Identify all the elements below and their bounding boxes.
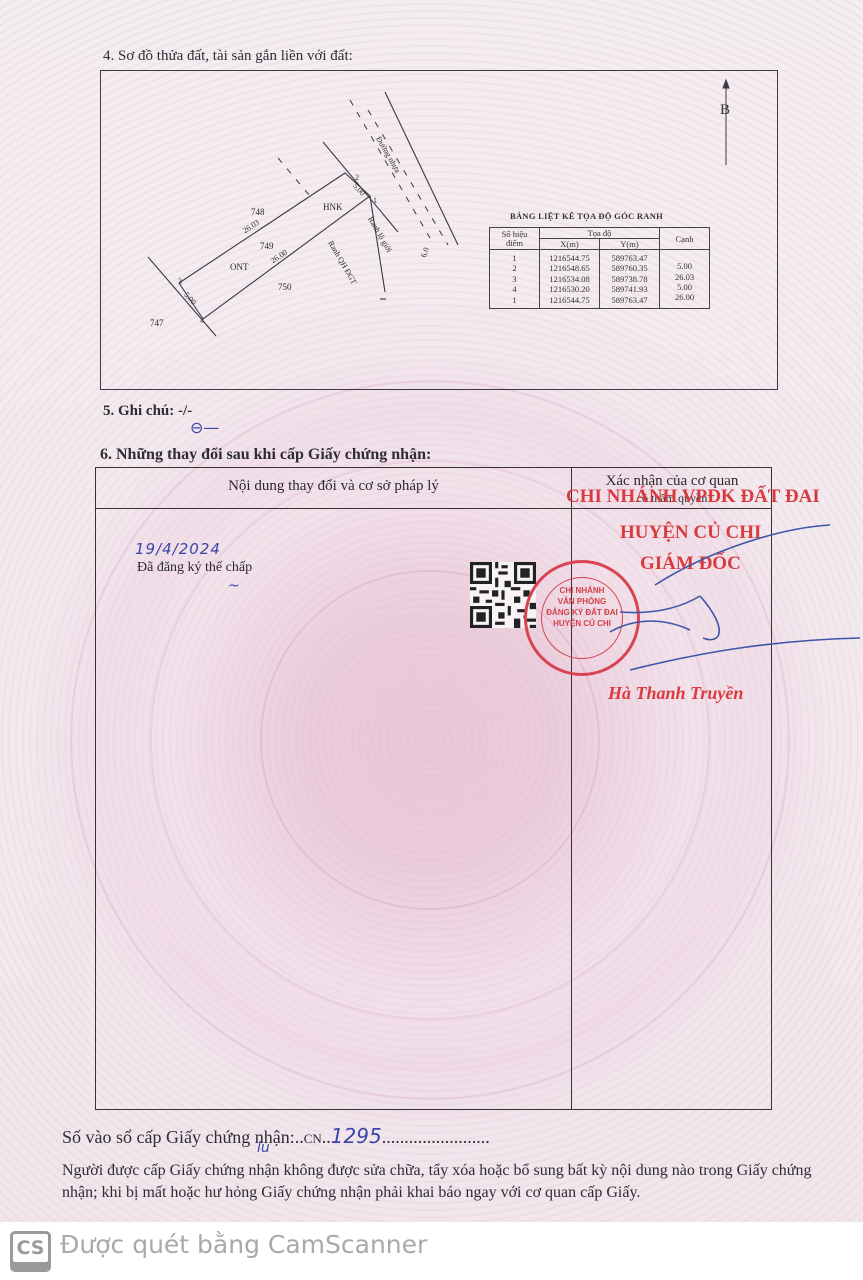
section6-title: 6. Những thay đổi sau khi cấp Giấy chứng… xyxy=(100,446,431,464)
registry-number: 1295 xyxy=(331,1124,382,1148)
edge-column: 5.00 26.03 5.00 26.00 xyxy=(660,250,710,309)
stamp-office-name: CHI NHÁNH VPĐK ĐẤT ĐAI xyxy=(566,486,806,508)
coord-table: Số hiệu điểm Tọa độ Cạnh X(m) Y(m) 1 2 3… xyxy=(489,227,710,309)
header-divider xyxy=(96,508,771,509)
land-use-hnk: HNK xyxy=(323,202,343,212)
certificate-notice: Người được cấp Giấy chứng nhận không đượ… xyxy=(62,1160,822,1204)
camscanner-logo-icon: CS xyxy=(10,1231,51,1272)
svg-text:3: 3 xyxy=(178,277,182,286)
land-use-ont: ONT xyxy=(230,262,249,272)
registry-initial: lu xyxy=(257,1140,270,1156)
svg-text:1: 1 xyxy=(373,196,377,205)
section5-note: 5. Ghi chú: -/- xyxy=(103,403,192,420)
initial-mark: ⊖— xyxy=(190,418,219,437)
point-column: 1 2 3 4 1 xyxy=(490,250,540,309)
north-arrow-label: B xyxy=(720,102,730,119)
parcel-749: 749 xyxy=(260,241,274,251)
camscanner-watermark: Được quét bằng CamScanner xyxy=(60,1230,427,1259)
entry-initial: ~ xyxy=(228,578,240,594)
header-coords: Tọa độ xyxy=(540,228,660,239)
header-edge: Cạnh xyxy=(660,228,710,250)
director-signature xyxy=(560,520,860,700)
parcel-diagram: 2 1 3 4 xyxy=(0,0,863,400)
neighbor-747: 747 xyxy=(150,318,164,328)
registry-number-line: Số vào sổ cấp Giấy chứng nhận:..CN..1295… xyxy=(62,1124,490,1148)
header-y: Y(m) xyxy=(600,239,660,250)
svg-text:4: 4 xyxy=(200,316,204,325)
header-point: Số hiệu điểm xyxy=(490,228,540,250)
neighbor-750: 750 xyxy=(278,282,292,292)
entry-date: 19/4/2024 xyxy=(135,540,221,558)
header-x: X(m) xyxy=(540,239,600,250)
neighbor-748: 748 xyxy=(251,207,265,217)
entry-mortgage-registered: Đã đăng ký thế chấp xyxy=(137,560,252,576)
changes-content-header: Nội dung thay đổi và cơ sở pháp lý xyxy=(96,478,571,495)
signer-name: Hà Thanh Truyền xyxy=(608,683,743,704)
x-column: 1216544.75 1216548.65 1216534.08 1216530… xyxy=(540,250,600,309)
registry-prefix: CN xyxy=(304,1131,322,1146)
coord-table-title: BẢNG LIỆT KÊ TỌA ĐỘ GÓC RANH xyxy=(510,211,663,221)
y-column: 589763.47 589760.35 589738.78 589741.93 … xyxy=(600,250,660,309)
